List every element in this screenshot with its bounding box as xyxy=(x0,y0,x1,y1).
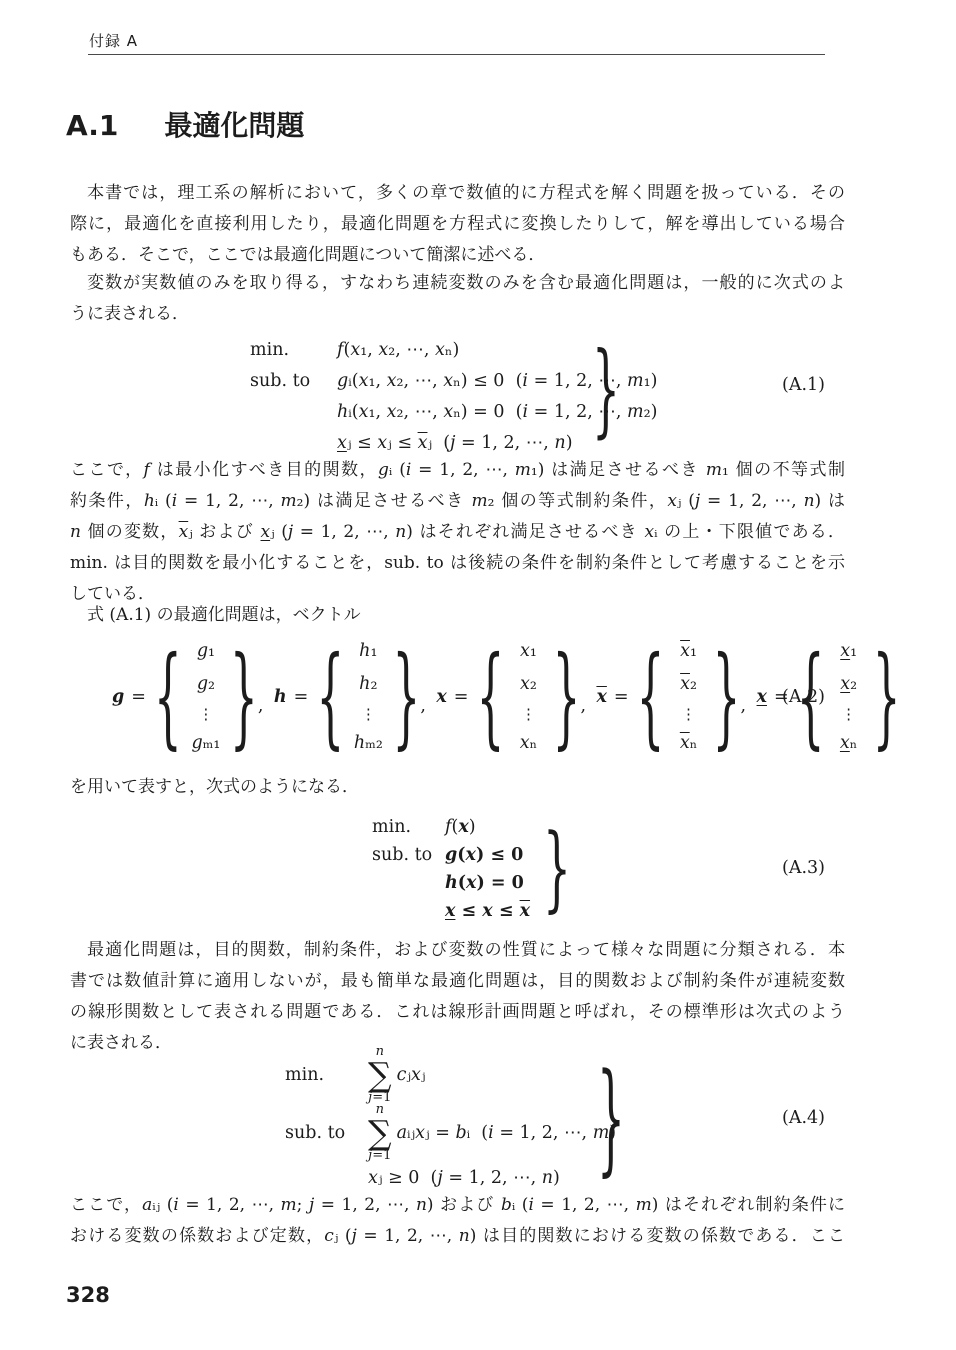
equation-number-A2: (A.2) xyxy=(782,686,842,708)
equation-row: xⱼ ≥ 0 (j = 1, 2, ⋯, n) xyxy=(285,1163,616,1193)
equation-row: h(x) = 0 xyxy=(372,869,530,897)
vector-element: g₂ xyxy=(197,668,215,701)
page-number: 328 xyxy=(66,1283,110,1307)
left-brace: { xyxy=(154,631,182,764)
summation: n ∑ j=1 xyxy=(368,1103,392,1163)
vector-element: x₂ xyxy=(680,668,697,701)
header-rule xyxy=(88,54,825,55)
vector-element: h₁ xyxy=(359,635,377,668)
vector-name: h xyxy=(274,687,287,707)
equals-sign: = xyxy=(131,687,146,707)
sum-lower-limit: j=1 xyxy=(368,1149,391,1163)
left-brace: { xyxy=(316,631,344,764)
vector-element: x₁ xyxy=(840,635,857,668)
text-line: 約条件，hᵢ (i = 1, 2, ⋯, m₂) は満足させるべき m₂ 個の等… xyxy=(70,486,845,517)
vector-name: x xyxy=(757,687,767,707)
right-brace: } xyxy=(392,631,420,764)
right-brace: } xyxy=(873,631,901,764)
left-brace: { xyxy=(637,631,665,764)
vector-column: x₁ x₂ ⋮ xₙ xyxy=(504,635,552,760)
right-brace: } xyxy=(552,631,580,764)
vector-element: g₁ xyxy=(197,635,215,668)
vector-element: h₂ xyxy=(359,668,377,701)
vector-element: xₙ xyxy=(520,727,537,760)
vertical-dots: ⋮ xyxy=(198,701,213,727)
right-brace: } xyxy=(713,631,741,764)
text-line: 最適化問題は，目的関数，制約条件，および変数の性質によって様々な問題に分類される… xyxy=(70,935,845,966)
equation-row: sub. to g(x) ≤ 0 xyxy=(372,841,530,869)
vector-name: x xyxy=(596,687,606,707)
text-line: もある．そこで，ここでは最適化問題について簡潔に述べる． xyxy=(70,240,845,271)
paragraph-4: 式 (A.1) の最適化問題は，ベクトル xyxy=(70,600,845,631)
paragraph-2: 変数が実数値のみを取り得る，すなわち連続変数のみを含む最適化問題は，一般的に次式… xyxy=(70,268,845,330)
math-expression: g(x) ≤ 0 xyxy=(445,841,523,869)
math-expression: f(x) xyxy=(445,813,476,841)
sigma-symbol: ∑ xyxy=(368,1059,392,1091)
text-line: ここで，aᵢⱼ (i = 1, 2, ⋯, m; j = 1, 2, ⋯, n)… xyxy=(70,1190,845,1221)
text-line: n 個の変数，xⱼ および xⱼ (j = 1, 2, ⋯, n) はそれぞれ満… xyxy=(70,517,845,548)
text-line: おける変数の係数および定数，cⱼ (j = 1, 2, ⋯, n) は目的関数に… xyxy=(70,1221,845,1252)
subto-label: sub. to xyxy=(250,366,337,397)
section-number: A.1 xyxy=(66,108,118,144)
text-line: の線形関数として表される問題である．これは線形計画問題と呼ばれ，その標準形は次式… xyxy=(70,997,845,1028)
equation-A4: min. n ∑ j=1 cⱼxⱼ sub. to n ∑ j=1 aᵢⱼxⱼ … xyxy=(285,1047,616,1193)
vector-column: h₁ h₂ ⋮ hₘ₂ xyxy=(344,635,392,760)
vector-element: gₘ₁ xyxy=(191,727,220,760)
equation-row: sub. to n ∑ j=1 aᵢⱼxⱼ = bᵢ (i = 1, 2, ⋯,… xyxy=(285,1103,616,1163)
math-expression: f(x₁, x₂, ⋯, xₙ) xyxy=(337,335,459,366)
equals-sign: = xyxy=(294,687,309,707)
right-brace: } xyxy=(230,631,258,764)
section-heading: A.1 最適化問題 xyxy=(66,108,304,144)
book-page: 付録 A A.1 最適化問題 本書では，理工系の解析において，多くの章で数値的に… xyxy=(0,0,956,1350)
vector-element: hₘ₂ xyxy=(354,727,383,760)
comma: , xyxy=(420,696,436,716)
equation-A3: min. f(x) sub. to g(x) ≤ 0 h(x) = 0 x ≤ … xyxy=(372,813,530,925)
equation-number-A1: (A.1) xyxy=(782,374,842,396)
comma: , xyxy=(580,696,596,716)
equation-row: min. f(x) xyxy=(372,813,530,841)
paragraph-7: ここで，aᵢⱼ (i = 1, 2, ⋯, m; j = 1, 2, ⋯, n)… xyxy=(70,1190,845,1252)
vertical-dots: ⋮ xyxy=(841,701,856,727)
vertical-dots: ⋮ xyxy=(681,701,696,727)
vector-element: x₁ xyxy=(680,635,697,668)
text-line: 式 (A.1) の最適化問題は，ベクトル xyxy=(70,600,845,631)
equation-row: min. n ∑ j=1 cⱼxⱼ xyxy=(285,1047,616,1103)
left-brace: { xyxy=(476,631,504,764)
min-label: min. xyxy=(372,813,445,841)
vertical-dots: ⋮ xyxy=(521,701,536,727)
equals-sign: = xyxy=(454,687,469,707)
paragraph-5: を用いて表すと，次式のようになる． xyxy=(70,772,845,803)
running-header: 付録 A xyxy=(89,30,138,51)
summation: n ∑ j=1 xyxy=(368,1045,392,1105)
text-line: 書では数値計算に適用しないが，最も簡単な最適化問題は，目的関数および制約条件が連… xyxy=(70,966,845,997)
text-line: ここで，f は最小化すべき目的関数，gᵢ (i = 1, 2, ⋯, m₁) は… xyxy=(70,455,845,486)
vector-element: x₂ xyxy=(840,668,857,701)
right-brace: } xyxy=(543,814,567,925)
subto-label: sub. to xyxy=(285,1123,368,1143)
equation-number-A4: (A.4) xyxy=(782,1107,842,1129)
subto-label: sub. to xyxy=(372,841,445,869)
math-expression: xⱼ ≥ 0 (j = 1, 2, ⋯, n) xyxy=(368,1168,560,1188)
min-label: min. xyxy=(250,335,337,366)
vector-name: x xyxy=(436,687,446,707)
vector-column: g₁ g₂ ⋮ gₘ₁ xyxy=(182,635,230,760)
min-label: min. xyxy=(285,1065,368,1085)
math-expression: aᵢⱼxⱼ = bᵢ (i = 1, 2, ⋯, m) xyxy=(397,1123,617,1143)
math-expression: cⱼxⱼ xyxy=(397,1065,426,1085)
equation-row: x ≤ x ≤ x xyxy=(372,897,530,925)
right-brace: } xyxy=(597,1047,621,1193)
right-brace: } xyxy=(592,330,616,452)
text-line: 際に，最適化を直接利用したり，最適化問題を方程式に変換したりして，解を導出してい… xyxy=(70,209,845,240)
vertical-dots: ⋮ xyxy=(361,701,376,727)
vector-element: xₙ xyxy=(840,727,857,760)
vector-element: x₂ xyxy=(520,668,537,701)
section-title: 最適化問題 xyxy=(164,108,304,144)
text-line: min. は目的関数を最小化することを，sub. to は後続の条件を制約条件と… xyxy=(70,548,845,579)
sigma-symbol: ∑ xyxy=(368,1117,392,1149)
math-expression: x ≤ x ≤ x xyxy=(445,897,530,925)
text-line: を用いて表すと，次式のようになる． xyxy=(70,772,845,803)
text-line: 本書では，理工系の解析において，多くの章で数値的に方程式を解く問題を扱っている．… xyxy=(70,178,845,209)
comma: , xyxy=(741,696,757,716)
paragraph-1: 本書では，理工系の解析において，多くの章で数値的に方程式を解く問題を扱っている．… xyxy=(70,178,845,271)
math-expression: h(x) = 0 xyxy=(445,869,524,897)
text-line: 変数が実数値のみを取り得る，すなわち連続変数のみを含む最適化問題は，一般的に次式… xyxy=(70,268,845,299)
text-line: うに表される． xyxy=(70,299,845,330)
paragraph-3: ここで，f は最小化すべき目的関数，gᵢ (i = 1, 2, ⋯, m₁) は… xyxy=(70,455,845,610)
vector-column: x₁ x₂ ⋮ xₙ xyxy=(665,635,713,760)
equation-number-A3: (A.3) xyxy=(782,857,842,879)
vector-element: x₁ xyxy=(520,635,537,668)
comma: , xyxy=(258,696,274,716)
equals-sign: = xyxy=(614,687,629,707)
vector-element: xₙ xyxy=(680,727,697,760)
vector-name: g xyxy=(112,687,124,707)
paragraph-6: 最適化問題は，目的関数，制約条件，および変数の性質によって様々な問題に分類される… xyxy=(70,935,845,1059)
